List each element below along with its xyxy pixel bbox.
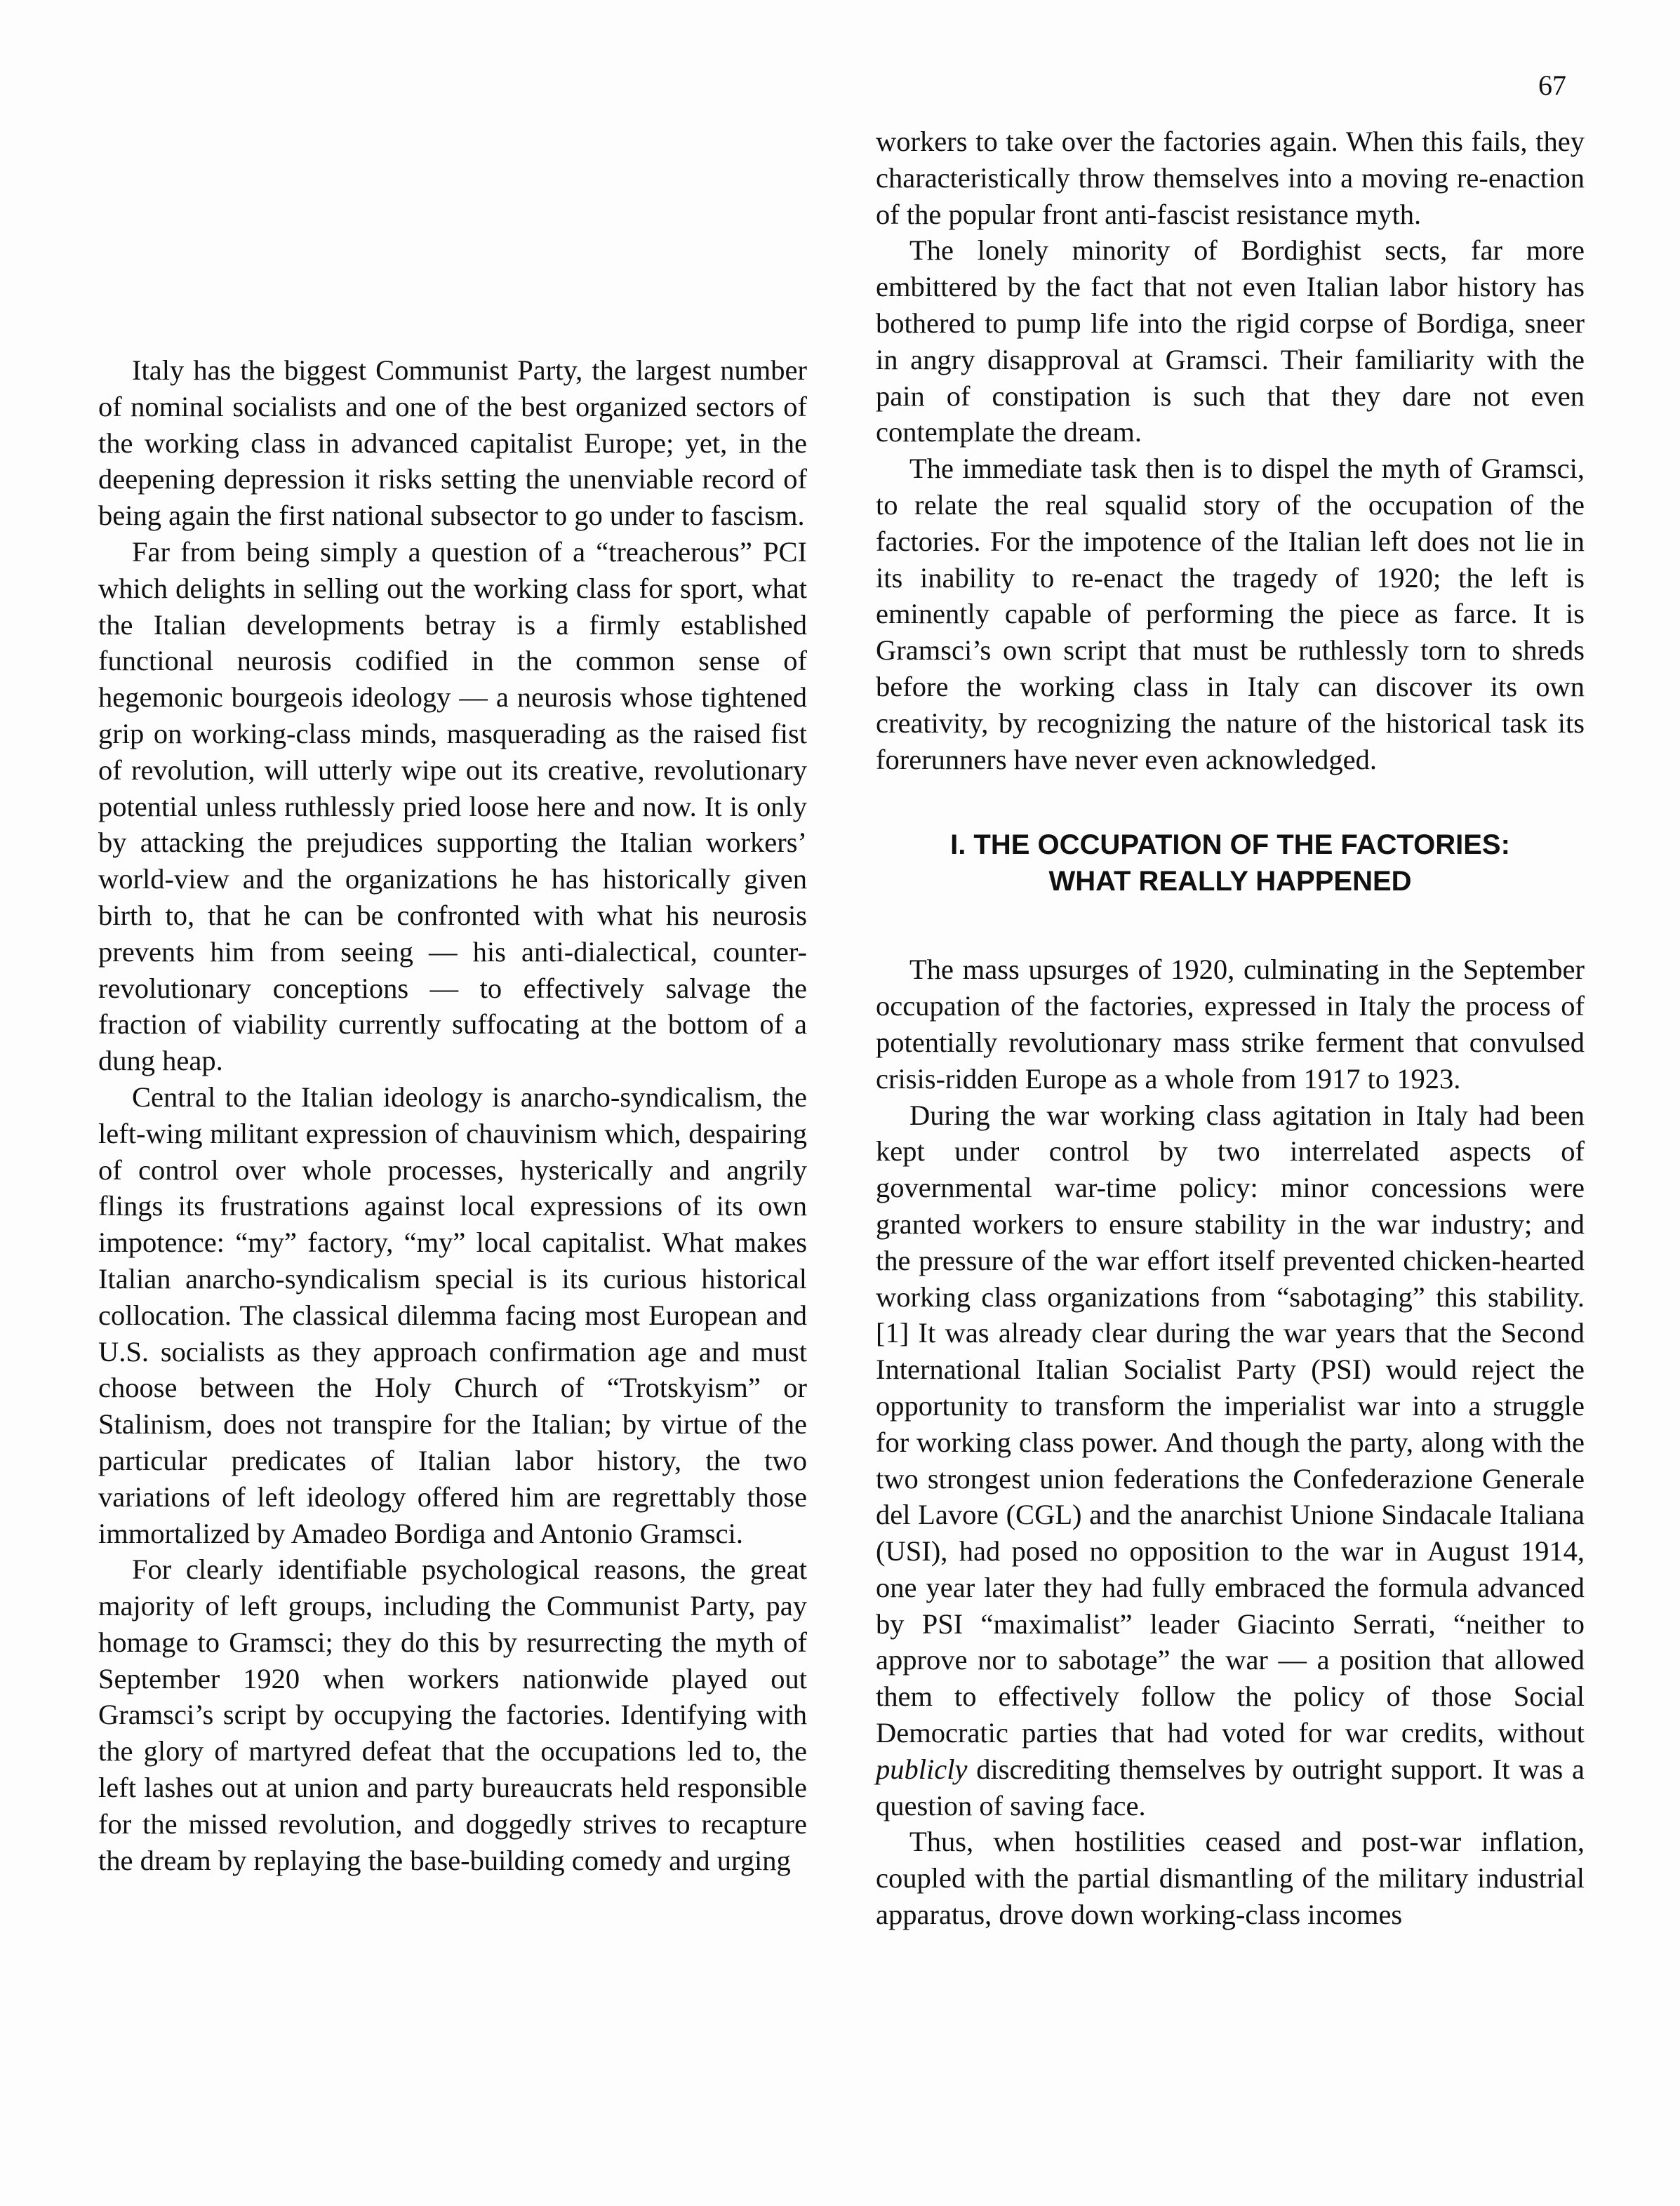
paragraph: Italy has the biggest Communist Party, t… (98, 352, 807, 534)
paragraph: The mass upsurges of 1920, culminating i… (876, 951, 1585, 1097)
italic-emphasis: publicly (876, 1753, 967, 1785)
paragraph: For clearly identifiable psychological r… (98, 1551, 807, 1878)
section-heading-line1: I. THE OCCUPATION OF THE FACTORIES: (876, 827, 1585, 863)
paragraph: The lonely minority of Bordighist sects,… (876, 232, 1585, 450)
paragraph: Central to the Italian ideology is anarc… (98, 1079, 807, 1551)
paragraph: The immediate task then is to dispel the… (876, 450, 1585, 777)
page-number: 67 (1538, 69, 1566, 102)
right-column: workers to take over the factories again… (876, 123, 1585, 1933)
text-run: discrediting themselves by outright supp… (876, 1753, 1585, 1821)
paragraph: Thus, when hostilities ceased and post-w… (876, 1824, 1585, 1932)
paragraph: During the war working class agitation i… (876, 1097, 1585, 1824)
section-heading: I. THE OCCUPATION OF THE FACTORIES: WHAT… (876, 827, 1585, 900)
paragraph: Far from being simply a question of a “t… (98, 534, 807, 1079)
paragraph-continuation: workers to take over the factories again… (876, 123, 1585, 232)
text-run: During the war working class agitation i… (876, 1099, 1585, 1749)
left-column: Italy has the biggest Communist Party, t… (98, 352, 807, 1878)
section-heading-line2: WHAT REALLY HAPPENED (876, 863, 1585, 900)
document-page: 67 Italy has the biggest Communist Party… (0, 0, 1680, 2206)
